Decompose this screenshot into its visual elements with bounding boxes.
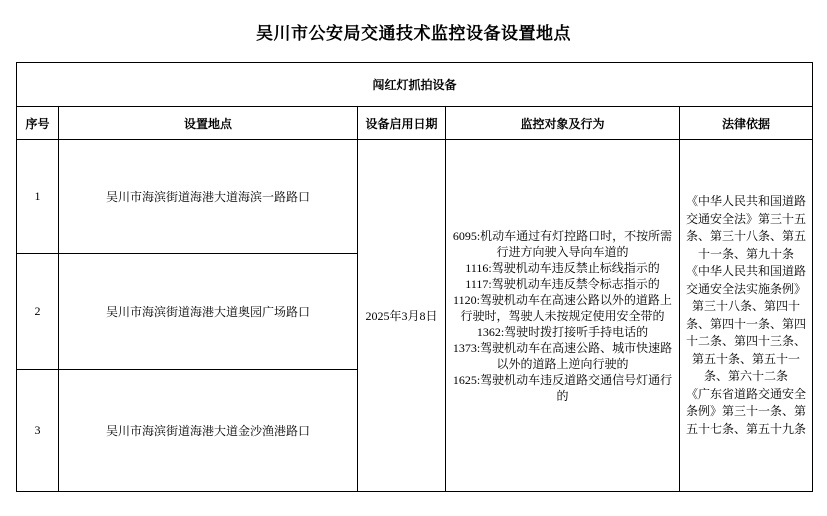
activation-date-cell: 2025年3月8日 (358, 140, 446, 492)
col-header-no: 序号 (17, 107, 59, 140)
legal-basis-item: 《中华人民共和国道路交通安全法》第三十五条、第三十八条、第五十一条、第九十条 (682, 193, 810, 263)
monitoring-item: 1362:驾驶时拨打接听手持电话的 (448, 324, 677, 340)
monitoring-item: 6095:机动车通过有灯控路口时，不按所需行进方向驶入导向车道的 (448, 228, 677, 260)
row-number-cell: 1 (17, 140, 59, 254)
col-header-monitoring: 监控对象及行为 (446, 107, 680, 140)
table-row: 1 吴川市海滨街道海港大道海滨一路路口 2025年3月8日 6095:机动车通过… (17, 140, 813, 254)
monitoring-item: 1373:驾驶机动车在高速公路、城市快速路以外的道路上逆向行驶的 (448, 340, 677, 372)
monitoring-cell: 6095:机动车通过有灯控路口时，不按所需行进方向驶入导向车道的 1116:驾驶… (446, 140, 680, 492)
section-header-row: 闯红灯抓拍设备 (17, 63, 813, 107)
column-header-row: 序号 设置地点 设备启用日期 监控对象及行为 法律依据 (17, 107, 813, 140)
legal-basis-item: 《中华人民共和国道路交通安全法实施条例》第三十八条、第四十条、第四十一条、第四十… (682, 263, 810, 386)
location-cell: 吴川市海滨街道海港大道奥园广场路口 (59, 254, 358, 370)
monitoring-item: 1116:驾驶机动车违反禁止标线指示的 (448, 260, 677, 276)
document-title: 吴川市公安局交通技术监控设备设置地点 (0, 24, 827, 44)
monitoring-item: 1117:驾驶机动车违反禁令标志指示的 (448, 276, 677, 292)
row-number-cell: 3 (17, 370, 59, 492)
legal-basis-item: 《广东省道路交通安全条例》第三十一条、第五十七条、第五十九条 (682, 386, 810, 439)
col-header-location: 设置地点 (59, 107, 358, 140)
legal-basis-cell: 《中华人民共和国道路交通安全法》第三十五条、第三十八条、第五十一条、第九十条 《… (680, 140, 813, 492)
section-header: 闯红灯抓拍设备 (17, 63, 813, 107)
location-cell: 吴川市海滨街道海港大道海滨一路路口 (59, 140, 358, 254)
location-cell: 吴川市海滨街道海港大道金沙渔港路口 (59, 370, 358, 492)
col-header-activation-date: 设备启用日期 (358, 107, 446, 140)
col-header-legal-basis: 法律依据 (680, 107, 813, 140)
monitoring-item: 1625:驾驶机动车违反道路交通信号灯通行的 (448, 372, 677, 404)
row-number-cell: 2 (17, 254, 59, 370)
monitoring-equipment-table: 闯红灯抓拍设备 序号 设置地点 设备启用日期 监控对象及行为 法律依据 1 吴川… (16, 62, 813, 492)
monitoring-item: 1120:驾驶机动车在高速公路以外的道路上行驶时，驾驶人未按规定使用安全带的 (448, 292, 677, 324)
